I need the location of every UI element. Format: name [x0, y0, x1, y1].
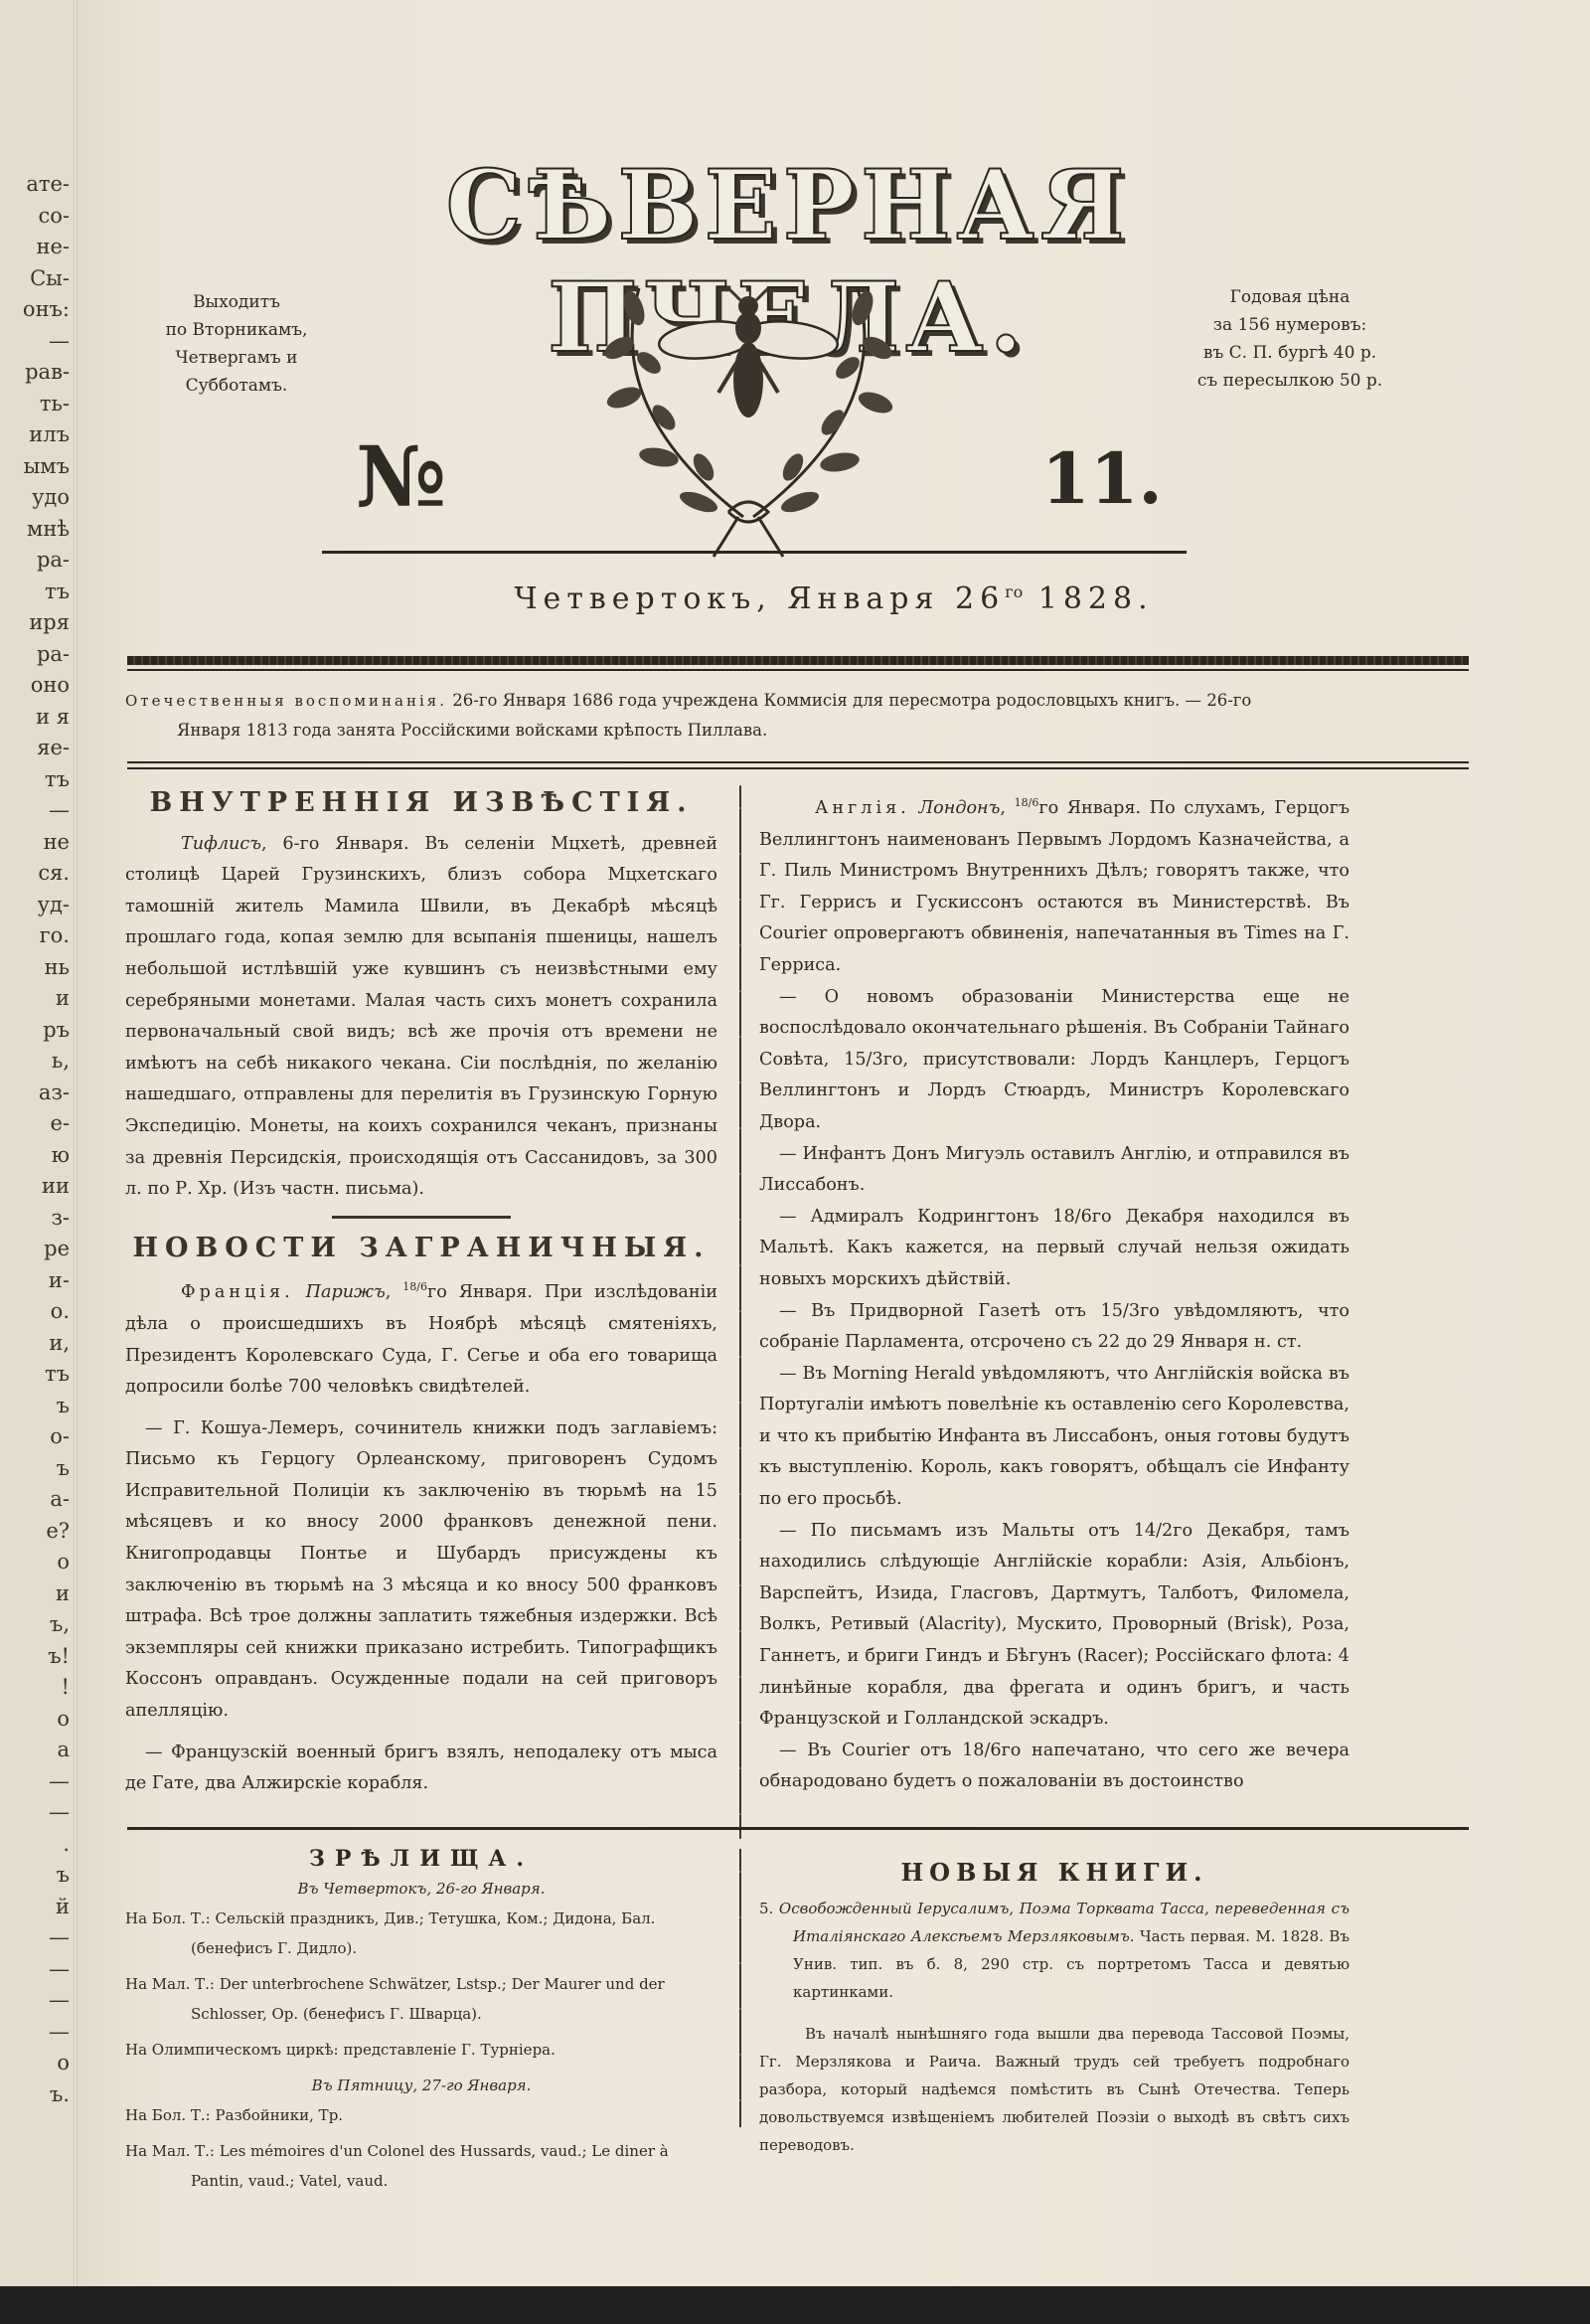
- previous-page-text-fragment: и я: [36, 707, 70, 728]
- scan-background: [0, 2286, 1590, 2324]
- england-article: — Адмиралъ Кодрингтонъ 18/6го Декабря на…: [759, 1202, 1350, 1296]
- england-article: — По письмамъ изъ Мальты отъ 14/2го Дека…: [759, 1516, 1350, 1736]
- price-line: за 156 нумеровъ:: [1131, 311, 1449, 339]
- right-column: Англія. Лондонъ, 18/6го Января. По слуха…: [759, 787, 1350, 1798]
- previous-page-text-fragment: о.: [51, 1301, 70, 1322]
- day: 26: [955, 581, 1005, 616]
- previous-page-text-fragment: о: [57, 1552, 70, 1573]
- date-line: Четвертокъ, Января 26го 1828.: [78, 581, 1590, 616]
- previous-page-text-fragment: ъ: [57, 1396, 70, 1416]
- previous-page-text-fragment: илъ: [29, 424, 70, 445]
- day-suffix: го: [1005, 582, 1023, 601]
- previous-page-text-fragment: и: [56, 988, 70, 1009]
- previous-page-text-fragment: а: [57, 1740, 70, 1760]
- previous-page-text-fragment: рав-: [25, 362, 70, 383]
- england-article: — Въ Morning Herald увѣдомляютъ, что Анг…: [759, 1359, 1350, 1516]
- previous-page-text-fragment: ымъ: [24, 456, 70, 477]
- lower-section-rule: [127, 1827, 1469, 1830]
- previous-page-text-fragment: о: [57, 2053, 70, 2074]
- country-label: Франція.: [181, 1282, 294, 1302]
- month: Января: [787, 581, 939, 616]
- france-article: Франція. Парижъ, 18/6го Января. При изсл…: [125, 1271, 717, 1403]
- previous-page-text-fragment: —: [49, 800, 70, 821]
- schedule-line: Субботамъ.: [117, 372, 356, 400]
- previous-page-text-fragment: тъ: [45, 581, 70, 602]
- dateline-place: Тифлисъ: [181, 834, 261, 854]
- previous-page-text-fragment: ъ: [57, 1865, 70, 1886]
- france-article: — Г. Кошуа-Лемеръ, сочинитель книжки под…: [125, 1413, 717, 1728]
- date-fraction: 18/6: [402, 1280, 427, 1293]
- england-article: — Въ Придворной Газетѣ отъ 15/3го увѣдом…: [759, 1296, 1350, 1359]
- foreign-news-heading: НОВОСТИ ЗАГРАНИЧНЫЯ.: [125, 1233, 717, 1264]
- previous-page-text-fragment: Сы-: [30, 268, 70, 289]
- previous-page-text-fragment: —: [49, 1990, 70, 2011]
- previous-page-text-fragment: —: [49, 2022, 70, 2043]
- theatre-entry: На Мал. Т.: Der unterbrochene Schwätzer,…: [125, 1969, 717, 2029]
- double-rule-bottom: [127, 767, 1469, 769]
- schedule-line: по Вторникамъ,: [117, 316, 356, 344]
- issue-number: 11.: [1041, 437, 1163, 520]
- previous-page-text-fragment: ра-: [37, 550, 70, 571]
- previous-page-text-fragment: ь,: [52, 1051, 70, 1072]
- book-number: 5.: [759, 1900, 773, 1917]
- numero-sign: №: [356, 427, 446, 526]
- bee-wreath-icon: [579, 268, 917, 567]
- previous-page-text-fragment: яе-: [37, 738, 70, 758]
- newspaper-page: СѢВЕРНАЯ ПЧЕЛА. Выходитъ по Вторникамъ, …: [78, 0, 1590, 2286]
- price-line: съ пересылкою 50 р.: [1131, 367, 1449, 395]
- previous-page-text-fragment: .: [63, 1834, 70, 1855]
- previous-page-text-fragment: тъ: [45, 1364, 70, 1385]
- annual-price: Годовая цѣна за 156 нумеровъ: въ С. П. б…: [1131, 283, 1449, 395]
- previous-page-text-fragment: и-: [49, 1270, 70, 1291]
- memorials-text: 26-го Января 1686 года учреждена Коммисі…: [447, 691, 1251, 710]
- previous-page-text-fragment: ъ!: [48, 1646, 70, 1667]
- previous-page-text-fragment: и,: [49, 1333, 70, 1354]
- previous-page-text-fragment: удо: [32, 487, 70, 508]
- theatre-entry: На Бол. Т.: Разбойники, Тр.: [125, 2100, 717, 2130]
- previous-page-text-fragment: го.: [40, 925, 70, 946]
- previous-page-text-fragment: ръ: [43, 1020, 70, 1041]
- previous-page-text-fragment: —: [49, 1802, 70, 1823]
- double-rule-top: [127, 761, 1469, 763]
- previous-page-text-fragment: а-: [50, 1489, 70, 1510]
- issue-label: №: [356, 427, 446, 526]
- price-line: въ С. П. бургѣ 40 р.: [1131, 339, 1449, 367]
- england-article: — Инфантъ Донъ Мигуэль оставилъ Англію, …: [759, 1139, 1350, 1202]
- previous-page-text-fragment: нь: [45, 957, 70, 978]
- dateline-place: Парижъ: [306, 1282, 386, 1302]
- previous-page-text-fragment: ю: [52, 1145, 70, 1166]
- previous-page-text-fragment: !: [62, 1677, 70, 1698]
- previous-page-text-fragment: й: [56, 1897, 70, 1917]
- england-article: — Въ Courier отъ 18/6го напечатано, что …: [759, 1736, 1350, 1798]
- previous-page-text-fragment: —: [49, 331, 70, 352]
- england-article: — О новомъ образованіи Министерства еще …: [759, 982, 1350, 1139]
- previous-page-text-fragment: —: [49, 1771, 70, 1792]
- france-article: — Французскій военный бригъ взялъ, непод…: [125, 1738, 717, 1800]
- previous-page-text-fragment: з-: [51, 1208, 70, 1229]
- theatre-day: Въ Пятницу, 27-го Января.: [125, 2071, 717, 2100]
- previous-page-text-fragment: не-: [36, 237, 70, 257]
- previous-page-text-fragment: со-: [39, 206, 71, 227]
- previous-page-text-fragment: ате-: [26, 174, 70, 195]
- previous-page-text-fragment: не: [44, 832, 70, 853]
- previous-page-text-fragment: —: [49, 1927, 70, 1948]
- memorials-text: Января 1813 года занята Россійскими войс…: [125, 716, 1417, 746]
- book-review: Въ началѣ нынѣшняго года вышли два перев…: [759, 2020, 1350, 2159]
- previous-page-text-fragment: оно: [31, 675, 70, 696]
- book-entry: 5. Освобожденный Іерусалимъ, Поэма Торкв…: [759, 1895, 1350, 2006]
- theatre-heading: ЗРѢЛИЩА.: [125, 1844, 717, 1874]
- theatre-entry: На Мал. Т.: Les mémoires d'un Colonel de…: [125, 2136, 717, 2196]
- dateline-place: Лондонъ: [918, 798, 1000, 818]
- date-fraction: 18/6: [1015, 796, 1039, 809]
- previous-page-text-fragment: ть-: [40, 394, 70, 415]
- previous-page-text-fragment: о-: [50, 1426, 70, 1447]
- publication-schedule: Выходитъ по Вторникамъ, Четвергамъ и Суб…: [117, 288, 356, 400]
- previous-page-text-fragment: иря: [29, 612, 70, 633]
- left-column: ВНУТРЕННІЯ ИЗВѢСТІЯ. Тифлисъ, 6-го Январ…: [125, 787, 717, 1800]
- masthead-rule: [322, 551, 1187, 554]
- previous-page-text-fragment: —: [49, 1959, 70, 1980]
- memorials-label: Отечественныя воспоминанія.: [125, 692, 447, 710]
- section-divider: [332, 1216, 511, 1219]
- year: 1828.: [1038, 581, 1154, 616]
- new-books: НОВЫЯ КНИГИ. 5. Освобожденный Іерусалимъ…: [759, 1859, 1350, 2159]
- article-text: го Января. По слухамъ, Герцогъ Веллингто…: [759, 798, 1350, 975]
- thin-rule: [127, 669, 1469, 671]
- weekday: Четвертокъ,: [514, 581, 771, 616]
- country-label: Англія.: [815, 798, 910, 818]
- domestic-article: Тифлисъ, 6-го Января. Въ селеніи Мцхетѣ,…: [125, 829, 717, 1206]
- previous-page-text-fragment: е?: [46, 1521, 70, 1542]
- previous-page-text-fragment: ъ.: [50, 2084, 70, 2105]
- previous-page-text-fragment: уд-: [38, 895, 70, 915]
- previous-page-text-fragment: мнѣ: [27, 519, 70, 540]
- theatre-entry: На Бол. Т.: Сельскій праздникъ, Див.; Те…: [125, 1904, 717, 1963]
- previous-page-text-fragment: ъ,: [50, 1614, 70, 1635]
- theatre-day: Въ Четвертокъ, 26-го Января.: [125, 1874, 717, 1904]
- theatre-listings: ЗРѢЛИЩА. Въ Четвертокъ, 26-го Января. На…: [125, 1844, 717, 2202]
- previous-page-text-fragment: о: [57, 1709, 70, 1730]
- theatre-entry: На Олимпическомъ циркѣ: представленіе Г.…: [125, 2035, 717, 2065]
- price-line: Годовая цѣна: [1131, 283, 1449, 311]
- schedule-line: Четвергамъ и: [117, 344, 356, 372]
- previous-page-text-fragment: тъ: [45, 769, 70, 790]
- column-divider: [739, 785, 741, 1839]
- previous-page-text-fragment: ии: [42, 1176, 70, 1197]
- previous-page-text-fragment: аз-: [39, 1082, 70, 1103]
- previous-page-text-fragment: ра-: [37, 644, 70, 665]
- domestic-news-heading: ВНУТРЕННІЯ ИЗВѢСТІЯ.: [125, 787, 717, 819]
- previous-page-text-fragment: ре: [44, 1239, 70, 1259]
- previous-page-text-fragment: ъ: [57, 1458, 70, 1479]
- column-divider: [739, 1849, 741, 2127]
- previous-page-text-fragment: ся.: [38, 863, 70, 884]
- previous-page-text-fragment: е-: [50, 1113, 70, 1134]
- previous-page-text-fragment: онъ:: [23, 299, 70, 320]
- previous-page-text-fragment: и: [56, 1583, 70, 1604]
- patriotic-memorials: Отечественныя воспоминанія. 26-го Января…: [125, 686, 1417, 746]
- article-text: , 6-го Января. Въ селеніи Мцхетѣ, древне…: [125, 834, 717, 1200]
- books-heading: НОВЫЯ КНИГИ.: [759, 1859, 1350, 1887]
- previous-page-edge: ате-со-не-Сы-онъ:—рав-ть-илъымъудомнѣра-…: [0, 0, 76, 2286]
- thick-rule: [127, 656, 1469, 665]
- england-article: Англія. Лондонъ, 18/6го Января. По слуха…: [759, 787, 1350, 982]
- schedule-line: Выходитъ: [117, 288, 356, 316]
